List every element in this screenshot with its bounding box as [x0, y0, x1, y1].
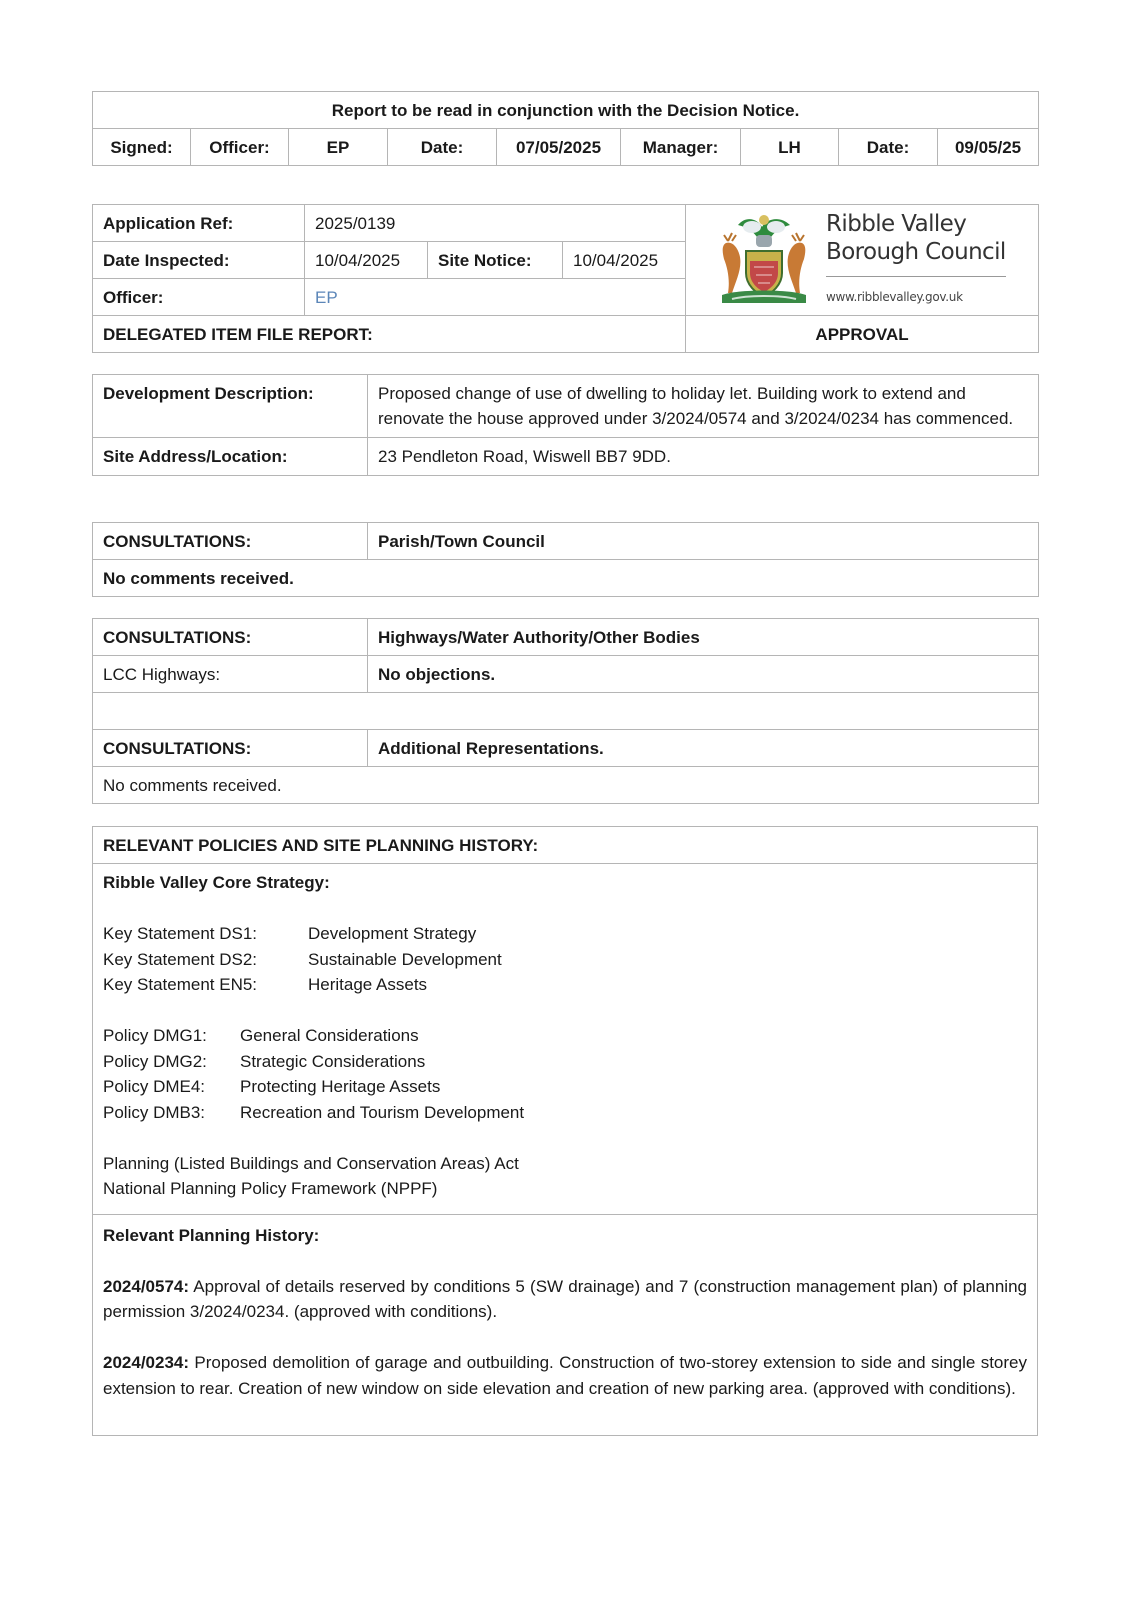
- policies-body: Ribble Valley Core Strategy: Key Stateme…: [93, 864, 1038, 1215]
- policies-table: RELEVANT POLICIES AND SITE PLANNING HIST…: [92, 826, 1038, 1436]
- history-item: 2024/0574: Approval of details reserved …: [103, 1274, 1027, 1325]
- development-description-label: Development Description:: [93, 375, 368, 438]
- consultation-bodies-table: CONSULTATIONS: Highways/Water Authority/…: [92, 618, 1039, 804]
- decision-status: APPROVAL: [686, 316, 1039, 353]
- manager-date-label: Date:: [839, 129, 938, 166]
- key-statement-item: Key Statement DS2:Sustainable Developmen…: [103, 947, 1027, 973]
- consultee-response: No objections.: [368, 656, 1039, 693]
- legislation-item: National Planning Policy Framework (NPPF…: [103, 1176, 1027, 1202]
- history-item: 2024/0234: Proposed demolition of garage…: [103, 1350, 1027, 1401]
- site-address-value: 23 Pendleton Road, Wiswell BB7 9DD.: [368, 438, 1039, 476]
- officer-label: Officer:: [93, 279, 305, 316]
- report-type: DELEGATED ITEM FILE REPORT:: [93, 316, 686, 353]
- consultation-parish-table: CONSULTATIONS: Parish/Town Council No co…: [92, 522, 1039, 597]
- signing-table: Report to be read in conjunction with th…: [92, 91, 1039, 166]
- policy-item: Policy DME4:Protecting Heritage Assets: [103, 1074, 1027, 1100]
- planning-history-title: Relevant Planning History:: [103, 1223, 1027, 1249]
- council-logo: Ribble Valley Borough Council www.ribble…: [686, 205, 1039, 316]
- consultation-heading: Parish/Town Council: [368, 523, 1039, 560]
- application-ref-value: 2025/0139: [305, 205, 686, 242]
- policy-item: Policy DMG2:Strategic Considerations: [103, 1049, 1027, 1075]
- manager-label: Manager:: [621, 129, 741, 166]
- council-name-line1: Ribble Valley: [826, 210, 1006, 238]
- site-notice-value: 10/04/2025: [563, 242, 686, 279]
- manager-initials: LH: [741, 129, 839, 166]
- decision-notice-text: Report to be read in conjunction with th…: [93, 92, 1039, 129]
- signed-label: Signed:: [93, 129, 191, 166]
- policy-item: Policy DMG1:General Considerations: [103, 1023, 1027, 1049]
- application-table: Application Ref: 2025/0139: [92, 204, 1039, 353]
- officer-date-value: 07/05/2025: [497, 129, 621, 166]
- officer-label: Officer:: [191, 129, 289, 166]
- consultation-label: CONSULTATIONS:: [93, 619, 368, 656]
- council-crest-icon: [718, 211, 810, 309]
- planning-history: Relevant Planning History: 2024/0574: Ap…: [93, 1214, 1038, 1436]
- consultation-heading: Highways/Water Authority/Other Bodies: [368, 619, 1039, 656]
- council-name-line2: Borough Council: [826, 238, 1006, 266]
- logo-divider: [826, 276, 1006, 277]
- consultation-heading: Additional Representations.: [368, 730, 1039, 767]
- consultation-label: CONSULTATIONS:: [93, 730, 368, 767]
- manager-date-value: 09/05/25: [938, 129, 1039, 166]
- council-website: www.ribblevalley.gov.uk: [826, 285, 1006, 310]
- policy-item: Policy DMB3:Recreation and Tourism Devel…: [103, 1100, 1027, 1126]
- consultation-label: CONSULTATIONS:: [93, 523, 368, 560]
- consultation-comment: No comments received.: [93, 560, 1039, 597]
- officer-value: EP: [305, 279, 686, 316]
- site-notice-label: Site Notice:: [428, 242, 563, 279]
- key-statement-item: Key Statement DS1:Development Strategy: [103, 921, 1027, 947]
- consultation-comment: No comments received.: [93, 767, 1039, 804]
- development-table: Development Description: Proposed change…: [92, 374, 1039, 476]
- legislation-item: Planning (Listed Buildings and Conservat…: [103, 1151, 1027, 1177]
- site-address-label: Site Address/Location:: [93, 438, 368, 476]
- core-strategy-title: Ribble Valley Core Strategy:: [103, 870, 1027, 896]
- development-description-value: Proposed change of use of dwelling to ho…: [368, 375, 1039, 438]
- consultee-label: LCC Highways:: [93, 656, 368, 693]
- policies-heading: RELEVANT POLICIES AND SITE PLANNING HIST…: [93, 827, 1038, 864]
- key-statement-item: Key Statement EN5:Heritage Assets: [103, 972, 1027, 998]
- application-ref-label: Application Ref:: [93, 205, 305, 242]
- date-inspected-label: Date Inspected:: [93, 242, 305, 279]
- officer-initials: EP: [289, 129, 388, 166]
- date-inspected-value: 10/04/2025: [305, 242, 428, 279]
- officer-date-label: Date:: [388, 129, 497, 166]
- empty-row: [93, 693, 1039, 730]
